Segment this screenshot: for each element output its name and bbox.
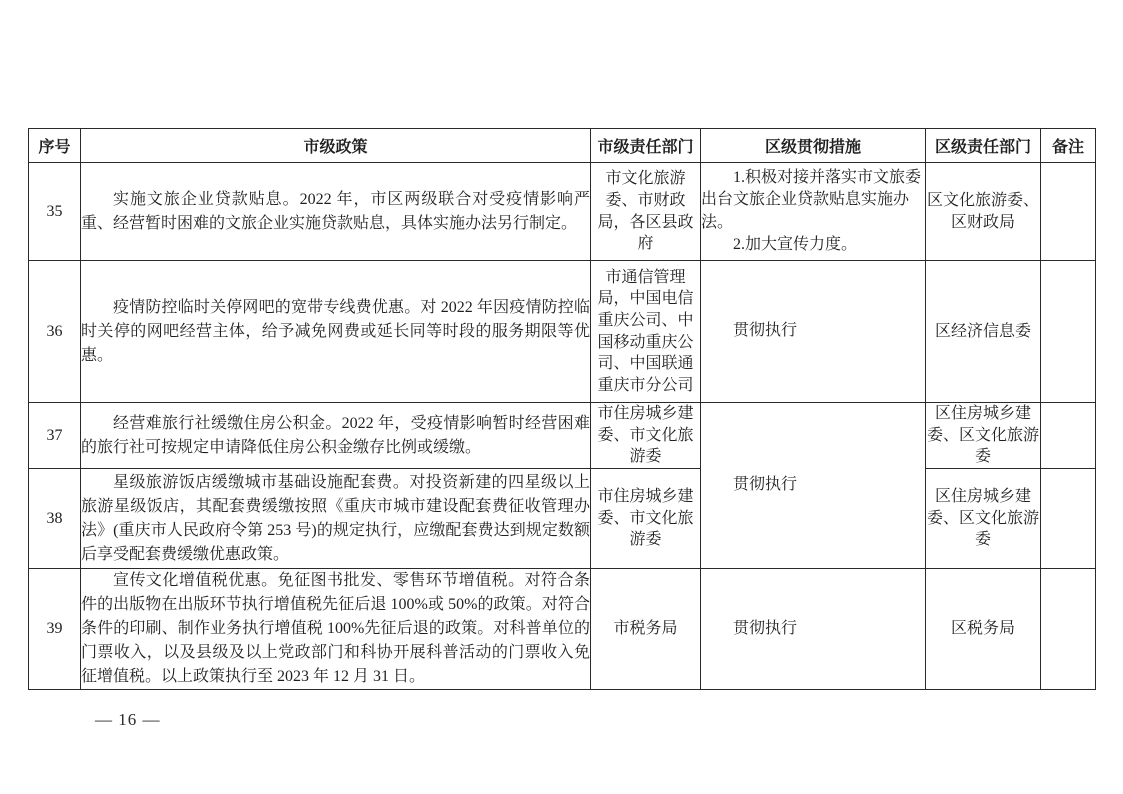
measure-item: 贯彻执行 [701, 618, 925, 640]
policy-text: 实施文旅企业贷款贴息。2022 年，市区两级联合对受疫情影响严重、经营暂时困难的… [81, 188, 590, 236]
cell-index: 38 [29, 469, 81, 569]
cell-remark [1041, 403, 1096, 469]
table-row: 35 实施文旅企业贷款贴息。2022 年，市区两级联合对受疫情影响严重、经营暂时… [29, 163, 1096, 261]
cell-district-dept: 区税务局 [926, 569, 1041, 690]
header-remark: 备注 [1041, 129, 1096, 163]
cell-district-dept: 区文化旅游委、区财政局 [926, 163, 1041, 261]
cell-city-dept: 市税务局 [591, 569, 701, 690]
cell-policy: 经营难旅行社缓缴住房公积金。2022 年，受疫情影响暂时经营困难的旅行社可按规定… [81, 403, 591, 469]
policy-text: 经营难旅行社缓缴住房公积金。2022 年，受疫情影响暂时经营困难的旅行社可按规定… [81, 412, 590, 460]
measure-item: 2.加大宣传力度。 [701, 234, 925, 256]
header-city-dept: 市级责任部门 [591, 129, 701, 163]
table-row: 37 经营难旅行社缓缴住房公积金。2022 年，受疫情影响暂时经营困难的旅行社可… [29, 403, 1096, 469]
policy-text: 星级旅游饭店缓缴城市基础设施配套费。对投资新建的四星级以上旅游星级饭店，其配套费… [81, 471, 590, 567]
cell-city-dept: 市住房城乡建委、市文化旅游委 [591, 469, 701, 569]
cell-city-dept: 市住房城乡建委、市文化旅游委 [591, 403, 701, 469]
table-row: 36 疫情防控临时关停网吧的宽带专线费优惠。对 2022 年因疫情防控临时关停的… [29, 261, 1096, 403]
cell-district-dept: 区经济信息委 [926, 261, 1041, 403]
page-number: — 16 — [95, 710, 161, 730]
cell-city-dept: 市文化旅游委、市财政局，各区县政府 [591, 163, 701, 261]
table-row: 39 宣传文化增值税优惠。免征图书批发、零售环节增值税。对符合条件的出版物在出版… [29, 569, 1096, 690]
cell-measures-merged: 贯彻执行 [701, 403, 926, 569]
cell-measures: 1.积极对接并落实市文旅委出台文旅企业贷款贴息实施办法。 2.加大宣传力度。 [701, 163, 926, 261]
cell-remark [1041, 261, 1096, 403]
table-header-row: 序号 市级政策 市级责任部门 区级贯彻措施 区级责任部门 备注 [29, 129, 1096, 163]
header-policy: 市级政策 [81, 129, 591, 163]
cell-remark [1041, 569, 1096, 690]
policy-table: 序号 市级政策 市级责任部门 区级贯彻措施 区级责任部门 备注 35 实施文旅企… [28, 128, 1096, 690]
document-page: 序号 市级政策 市级责任部门 区级贯彻措施 区级责任部门 备注 35 实施文旅企… [0, 0, 1123, 794]
cell-policy: 实施文旅企业贷款贴息。2022 年，市区两级联合对受疫情影响严重、经营暂时困难的… [81, 163, 591, 261]
header-measures: 区级贯彻措施 [701, 129, 926, 163]
cell-index: 39 [29, 569, 81, 690]
policy-text: 宣传文化增值税优惠。免征图书批发、零售环节增值税。对符合条件的出版物在出版环节执… [81, 569, 590, 689]
cell-policy: 星级旅游饭店缓缴城市基础设施配套费。对投资新建的四星级以上旅游星级饭店，其配套费… [81, 469, 591, 569]
cell-policy: 疫情防控临时关停网吧的宽带专线费优惠。对 2022 年因疫情防控临时关停的网吧经… [81, 261, 591, 403]
table-row: 38 星级旅游饭店缓缴城市基础设施配套费。对投资新建的四星级以上旅游星级饭店，其… [29, 469, 1096, 569]
cell-index: 35 [29, 163, 81, 261]
cell-measures: 贯彻执行 [701, 261, 926, 403]
header-district-dept: 区级责任部门 [926, 129, 1041, 163]
measure-item: 贯彻执行 [701, 474, 925, 496]
cell-district-dept: 区住房城乡建委、区文化旅游委 [926, 469, 1041, 569]
cell-index: 37 [29, 403, 81, 469]
cell-index: 36 [29, 261, 81, 403]
cell-remark [1041, 469, 1096, 569]
cell-remark [1041, 163, 1096, 261]
cell-district-dept: 区住房城乡建委、区文化旅游委 [926, 403, 1041, 469]
cell-measures: 贯彻执行 [701, 569, 926, 690]
cell-policy: 宣传文化增值税优惠。免征图书批发、零售环节增值税。对符合条件的出版物在出版环节执… [81, 569, 591, 690]
policy-text: 疫情防控临时关停网吧的宽带专线费优惠。对 2022 年因疫情防控临时关停的网吧经… [81, 296, 590, 368]
measure-item: 1.积极对接并落实市文旅委出台文旅企业贷款贴息实施办法。 [701, 167, 925, 234]
measure-item: 贯彻执行 [701, 320, 925, 342]
header-index: 序号 [29, 129, 81, 163]
cell-city-dept: 市通信管理局，中国电信重庆公司、中国移动重庆公司、中国联通重庆市分公司 [591, 261, 701, 403]
